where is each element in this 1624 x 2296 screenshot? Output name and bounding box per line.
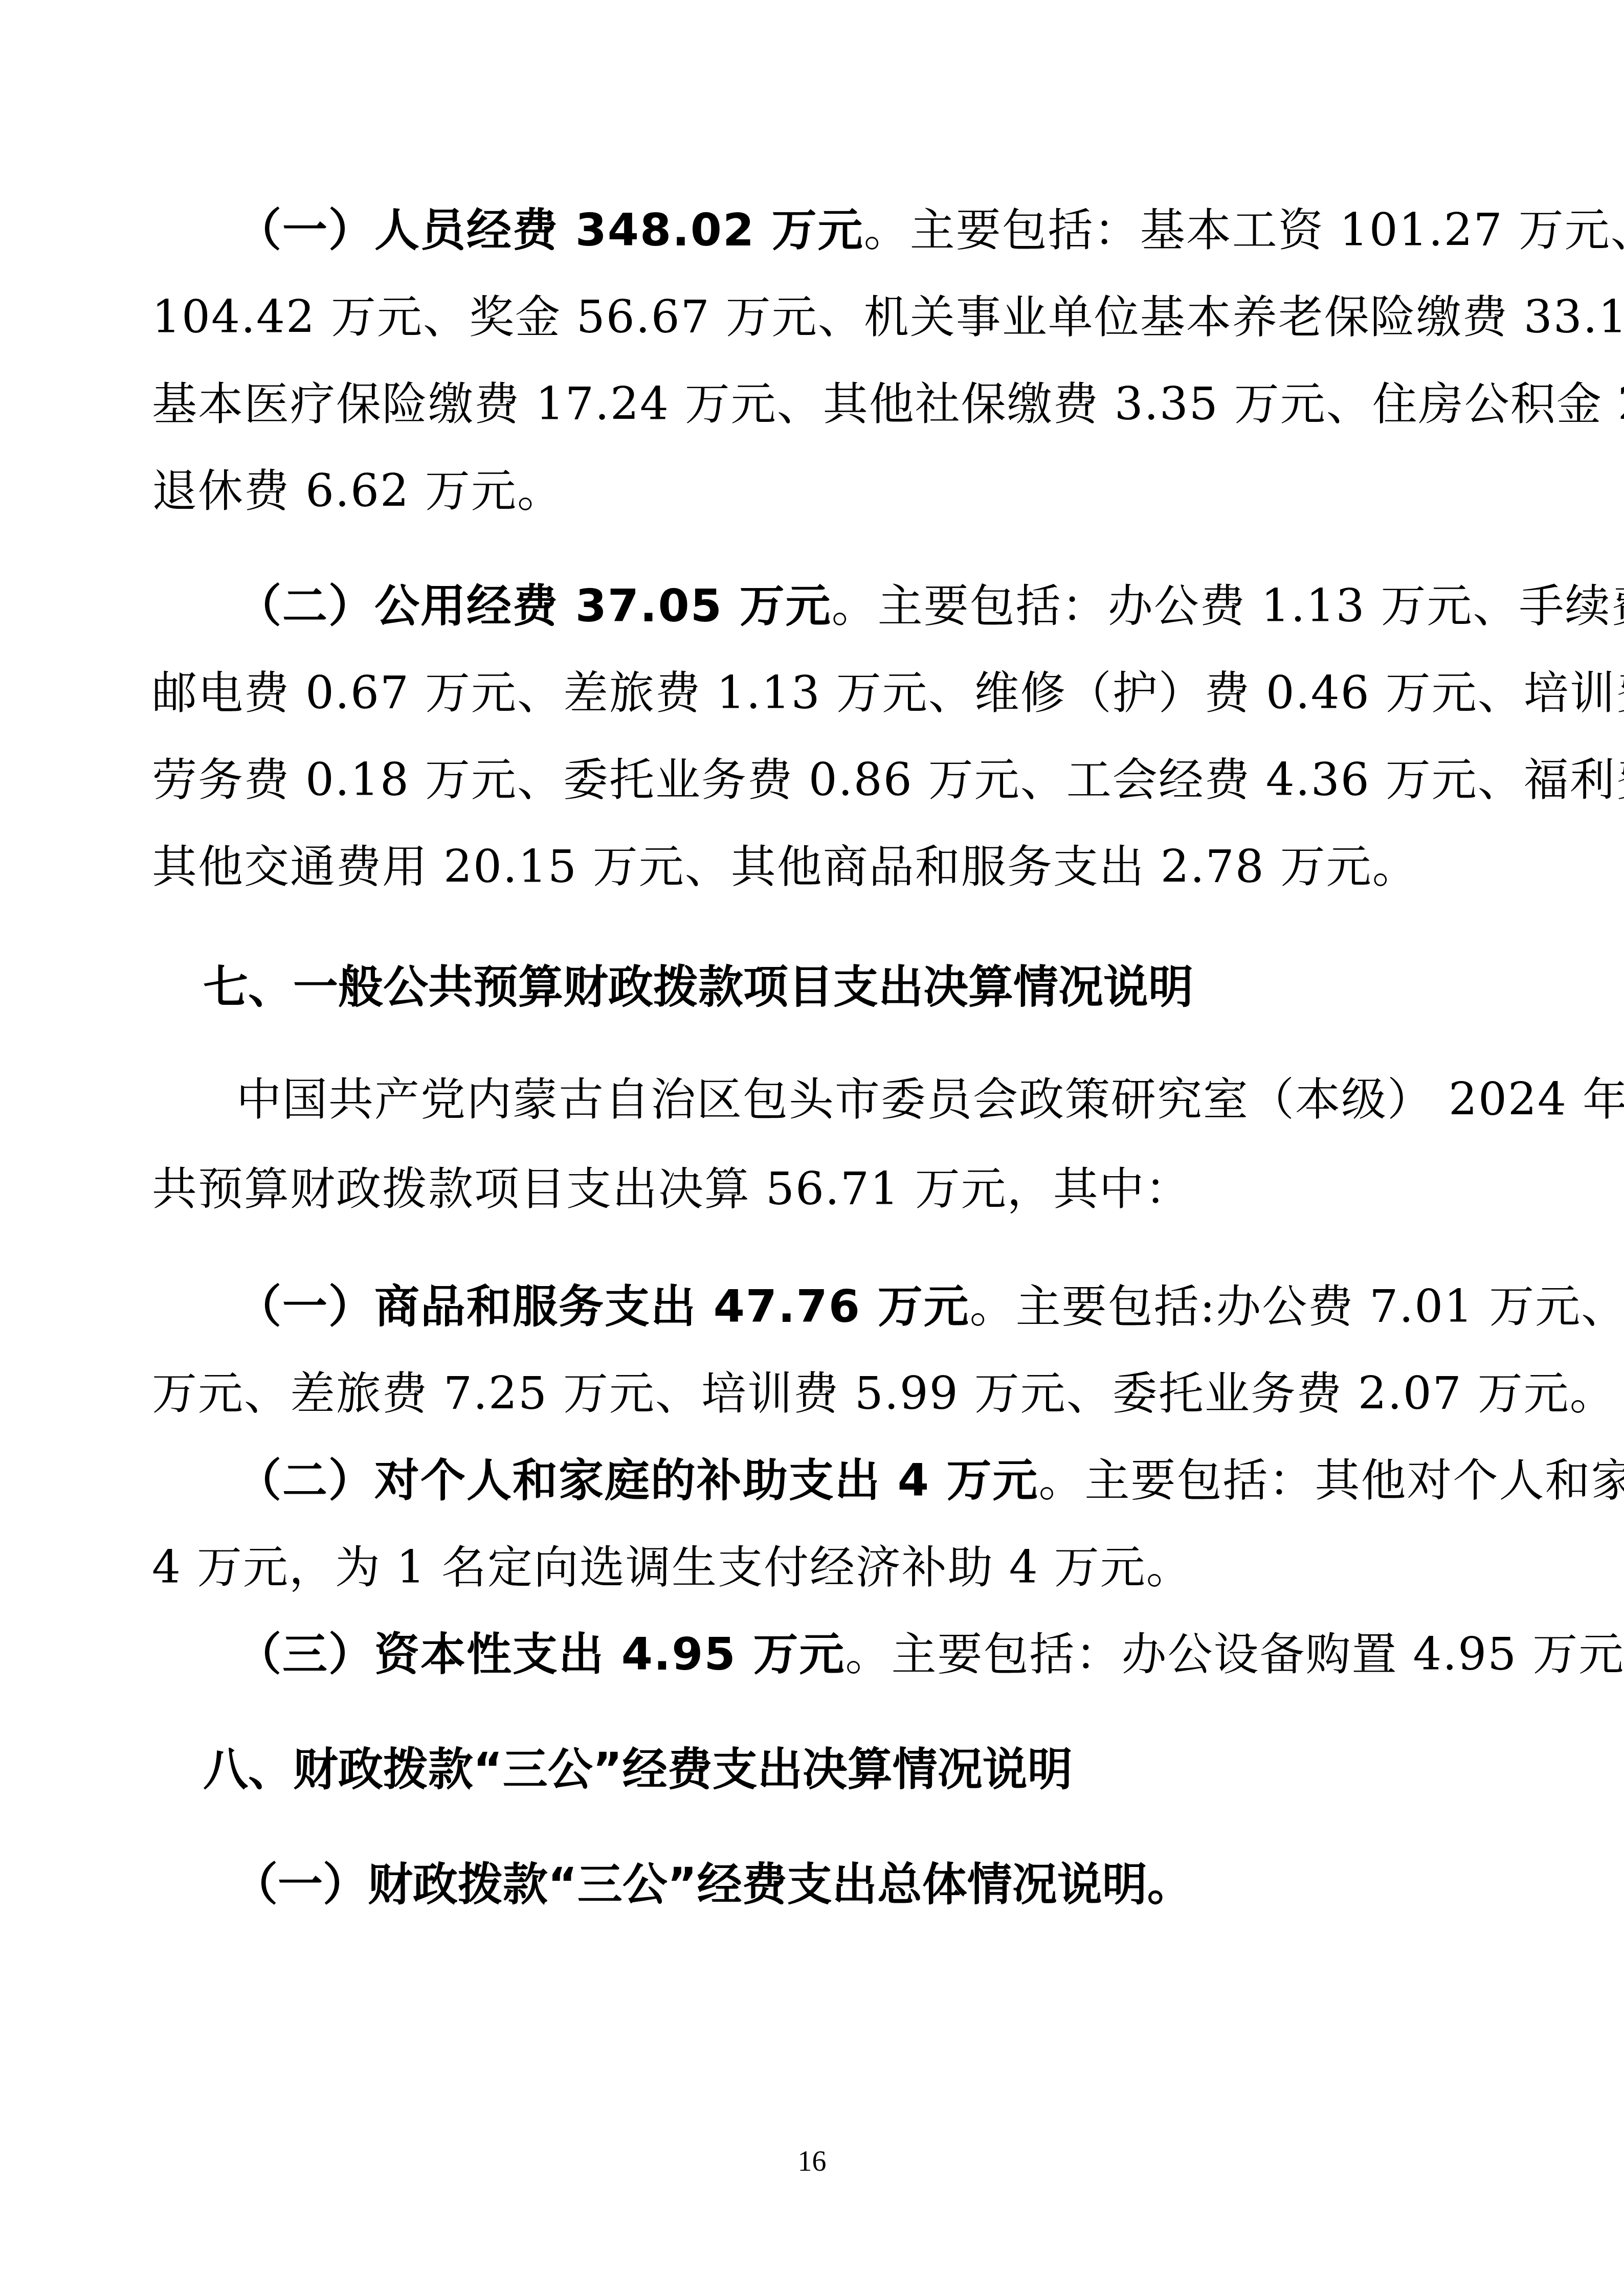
goods-services-line-2: 万元、差旅费 7.25 万元、培训费 5.99 万元、委托业务费 2.07 万元…: [152, 1368, 1616, 1419]
public-expense-title: （二）公用经费 37.05 万元: [236, 579, 832, 632]
household-subsidy-line-1: （二）对个人和家庭的补助支出 4 万元。主要包括：其他对个人和家庭的补助: [236, 1455, 1624, 1506]
public-expense-line-1: （二）公用经费 37.05 万元。主要包括：办公费 1.13 万元、手续费 0.…: [236, 580, 1624, 632]
section-7-intro-line-2: 共预算财政拨款项目支出决算 56.71 万元，其中：: [152, 1163, 1191, 1214]
personnel-expense-line-3: 基本医疗保险缴费 17.24 万元、其他社保缴费 3.35 万元、住房公积金 2…: [152, 378, 1624, 430]
household-subsidy-title: （二）对个人和家庭的补助支出 4 万元: [236, 1454, 1039, 1506]
personnel-expense-title: （一）人员经费 348.02 万元: [236, 204, 864, 256]
public-expense-line-4: 其他交通费用 20.15 万元、其他商品和服务支出 2.78 万元。: [152, 841, 1418, 892]
household-subsidy-line-2: 4 万元，为 1 名定向选调生支付经济补助 4 万元。: [152, 1542, 1192, 1593]
personnel-expense-line-4: 退休费 6.62 万元。: [152, 465, 563, 516]
capital-expense-title: （三）资本性支出 4.95 万元: [236, 1628, 845, 1680]
goods-services-title: （一）商品和服务支出 47.76 万元: [236, 1280, 970, 1333]
section-7-heading: 七、一般公共预算财政拨款项目支出决算情况说明: [203, 961, 1193, 1012]
capital-expense-line: （三）资本性支出 4.95 万元。主要包括：办公设备购置 4.95 万元。: [236, 1629, 1624, 1680]
public-expense-line-2: 邮电费 0.67 万元、差旅费 1.13 万元、维修（护）费 0.46 万元、培…: [152, 667, 1624, 718]
section-8-subheading: （一）财政拨款“三公”经费支出总体情况说明。: [233, 1859, 1192, 1910]
section-7-intro-line-1: 中国共产党内蒙古自治区包头市委员会政策研究室（本级） 2024 年度一般公: [236, 1074, 1624, 1125]
public-expense-line-3: 劳务费 0.18 万元、委托业务费 0.86 万元、工会经费 4.36 万元、福…: [152, 754, 1624, 805]
goods-services-line-1: （一）商品和服务支出 47.76 万元。主要包括:办公费 7.01 万元、印刷费…: [236, 1281, 1624, 1332]
page-number: 16: [0, 2145, 1624, 2178]
personnel-expense-line-1: （一）人员经费 348.02 万元。主要包括：基本工资 101.27 万元、津贴…: [236, 205, 1624, 256]
personnel-expense-line-2: 104.42 万元、奖金 56.67 万元、机关事业单位基本养老保险缴费 33.…: [152, 291, 1624, 343]
section-8-heading: 八、财政拨款“三公”经费支出决算情况说明: [203, 1744, 1073, 1795]
